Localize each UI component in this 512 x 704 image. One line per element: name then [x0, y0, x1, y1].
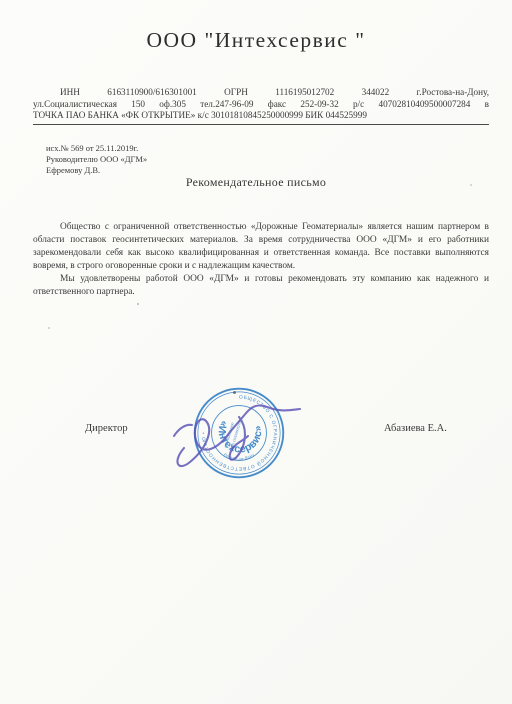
text-line: ИНН 6163110900/616301001 ОГРН 1116195012…: [33, 87, 489, 99]
signature-stroke-loop: [230, 417, 248, 460]
scanned-letter-page: ООО "Интехсервис " ИНН 6163110900/616301…: [0, 0, 512, 704]
text-line: зарекомендовали себя как высоко квалифиц…: [33, 247, 489, 260]
company-title: ООО "Интехсервис ": [0, 28, 512, 53]
text-line: Общество с ограниченной ответственностью…: [33, 221, 489, 234]
letter-paragraph-2: Мы удовлетворены работой ООО «ДГМ» и гот…: [33, 273, 489, 299]
scan-speck: [137, 303, 139, 305]
letterhead-details: ИНН 6163110900/616301001 ОГРН 1116195012…: [33, 87, 489, 125]
text-line: ТОЧКА ПАО БАНКА «ФК ОТКРЫТИЕ» к/с 301018…: [33, 110, 489, 122]
reference-block: исх.№ 569 от 25.11.2019г. Руководителю О…: [46, 143, 147, 177]
text-line: ответственного партнера.: [33, 286, 489, 299]
text-line: вовремя, в строго оговоренные сроки и с …: [33, 260, 489, 273]
signature-stroke-main: [177, 405, 300, 466]
director-label: Директор: [85, 423, 128, 434]
scan-speck: [48, 327, 50, 329]
text-line: ул.Социалистическая 150 оф.305 тел.247-9…: [33, 99, 489, 111]
scan-speck: [470, 184, 472, 186]
text-line: области поставок геосинтетических матери…: [33, 234, 489, 247]
text-line: Мы удовлетворены работой ООО «ДГМ» и гот…: [33, 273, 489, 286]
letter-paragraph-1: Общество с ограниченной ответственностью…: [33, 221, 489, 273]
outgoing-number: исх.№ 569 от 25.11.2019г.: [46, 143, 147, 154]
letter-title: Рекомендательное письмо: [0, 175, 512, 190]
addressee-title: Руководителю ООО «ДГМ»: [46, 154, 147, 165]
signer-name: Абазиева Е.А.: [384, 423, 447, 434]
director-signature: [150, 392, 310, 482]
signature-stroke-flick: [174, 425, 192, 436]
scan-speck: [233, 391, 236, 394]
